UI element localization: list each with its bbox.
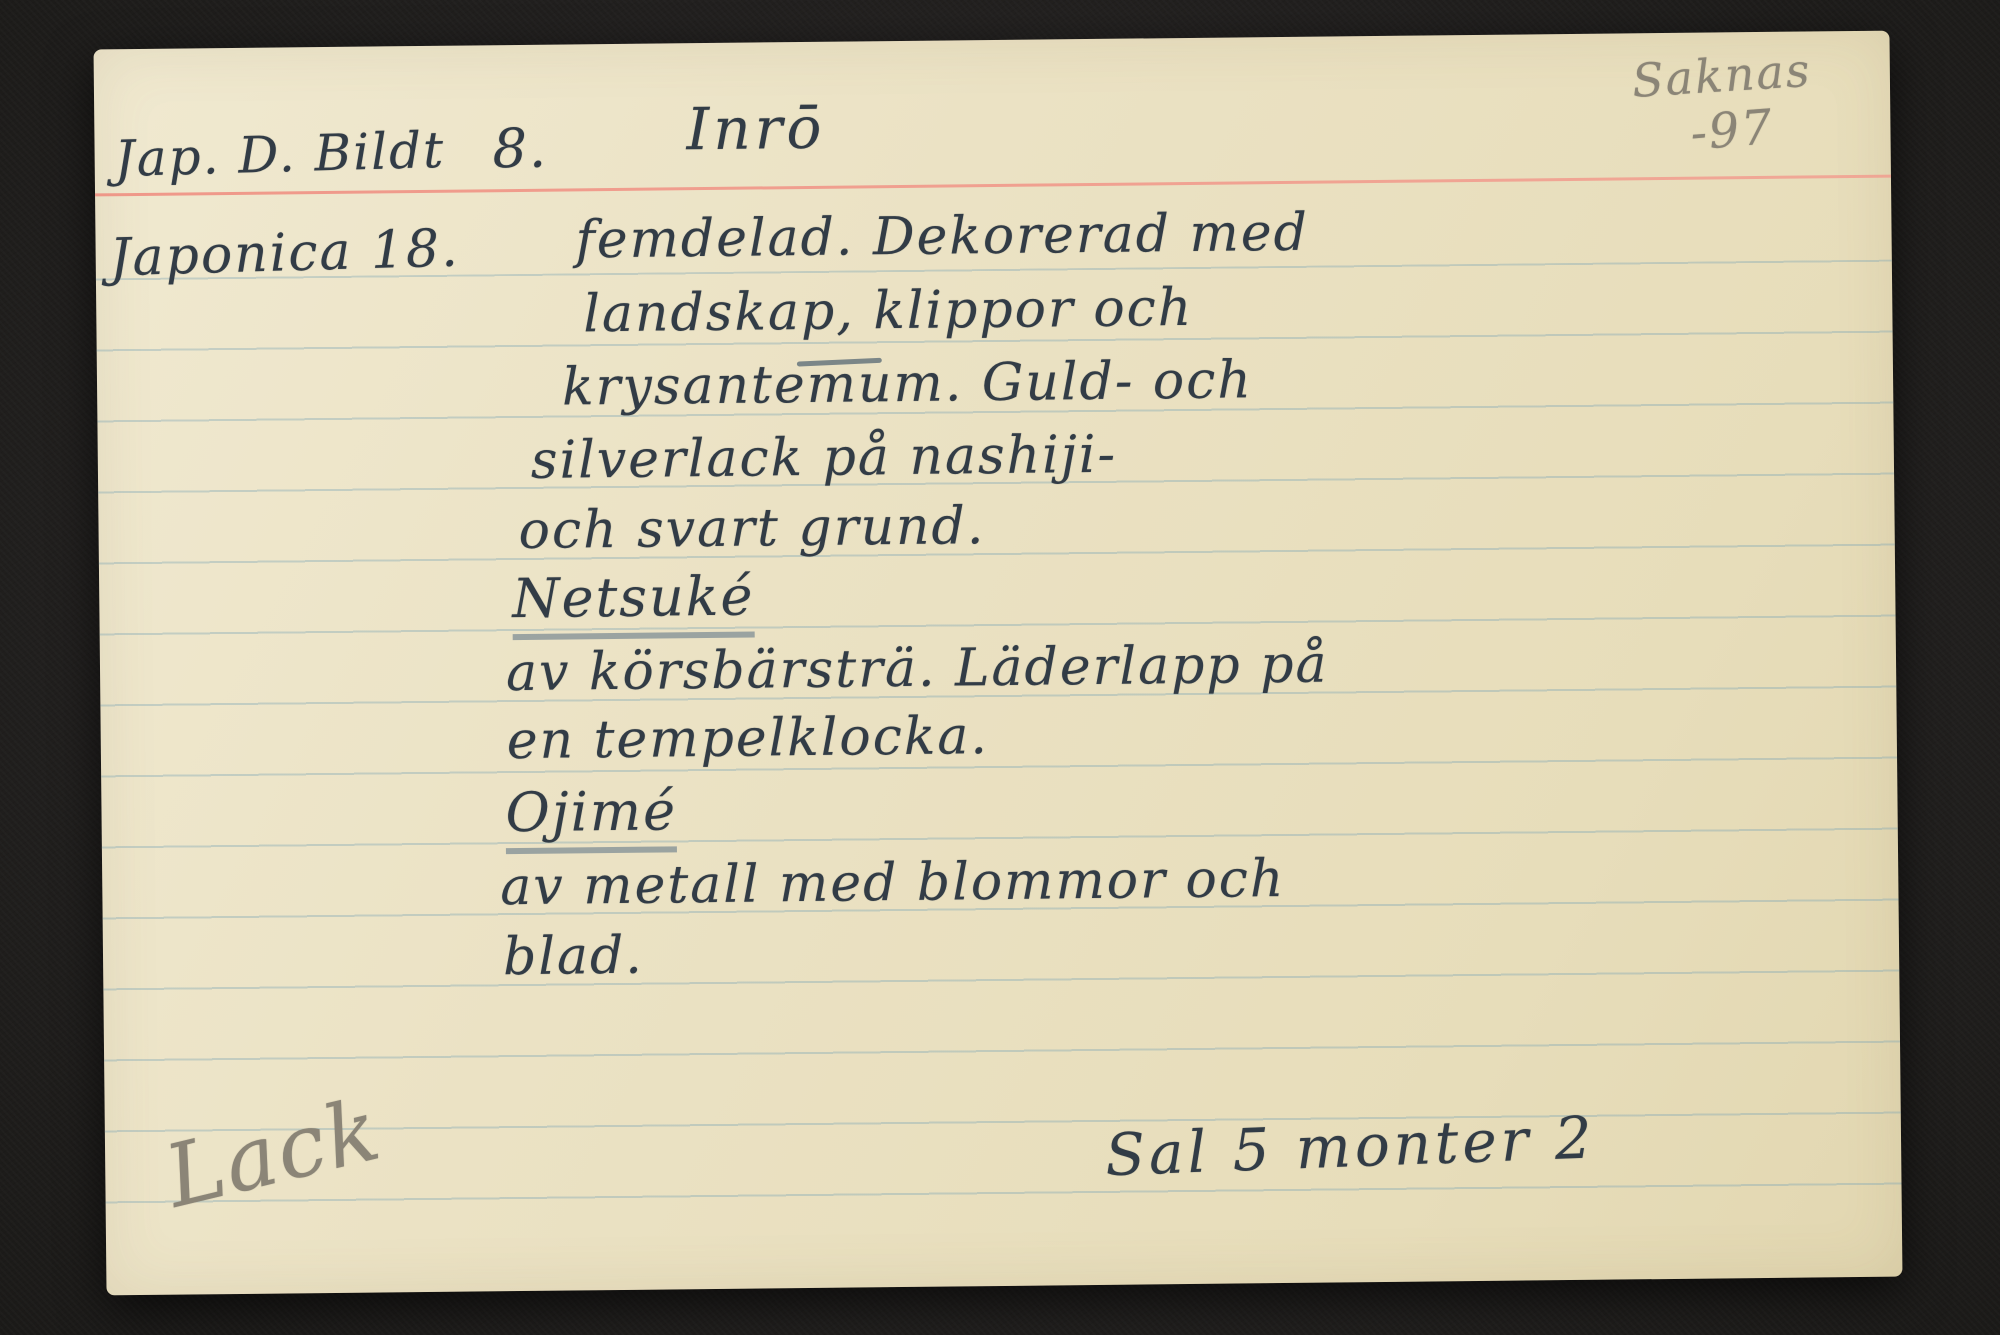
index-card: Jap. D. Bildt 8. Inrō Saknas -97 Japonic…: [94, 31, 1903, 1296]
series-label: Japonica 18.: [109, 219, 460, 289]
ojime-heading-text: Ojimé: [505, 779, 677, 854]
description-line: landskap, klippor och: [583, 278, 1194, 344]
description-line: och svart grund.: [518, 496, 985, 561]
netsuke-heading: Netsuké: [512, 565, 755, 631]
description-line: krysantemum. Guld- och: [562, 350, 1253, 417]
netsuke-line: en tempelklocka.: [506, 706, 989, 771]
catalog-number: 8.: [492, 117, 548, 181]
ojime-heading: Ojimé: [505, 779, 677, 844]
netsuke-heading-text: Netsuké: [512, 565, 755, 641]
ojime-line: av metall med blommor och: [500, 849, 1286, 917]
card-title: Inrō: [686, 94, 826, 163]
collection-label: Jap. D. Bildt: [114, 121, 446, 188]
pencil-note-saknas: Saknas: [1630, 43, 1813, 108]
description-line: silverlack på nashiji-: [531, 425, 1118, 491]
ojime-line: blad.: [503, 926, 644, 987]
description-line: femdelad. Dekorerad med: [575, 203, 1309, 271]
netsuke-line: av körsbärsträ. Läderlapp på: [506, 635, 1329, 704]
location-note: Sal 5 monter 2: [1104, 1103, 1597, 1189]
pencil-note-year: -97: [1688, 99, 1776, 161]
material-note-pencil: Lack: [156, 1080, 390, 1228]
